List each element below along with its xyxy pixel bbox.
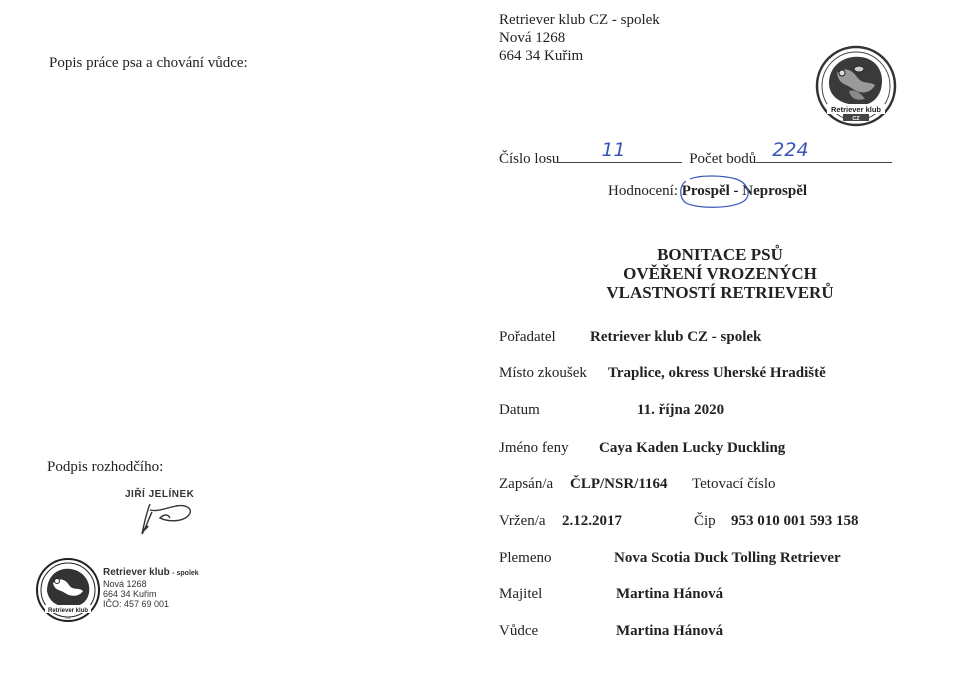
title-line-2: OVĚŘENÍ VROZENÝCH xyxy=(560,264,880,283)
judge-signature xyxy=(138,500,198,541)
stamp-club-name: Retriever klub xyxy=(103,567,170,578)
work-description-heading: Popis práce psa a chování vůdce: xyxy=(49,55,248,72)
points-label: Počet bodů xyxy=(689,151,756,167)
document-title: BONITACE PSŮ OVĚŘENÍ VROZENÝCH VLASTNOST… xyxy=(560,245,880,302)
breed-label: Plemeno xyxy=(499,550,552,567)
points-value: 224 xyxy=(772,139,808,161)
selection-circle-icon xyxy=(676,175,754,209)
stamp-ico: IČO: 457 69 001 xyxy=(103,599,199,609)
lot-and-points-row: Číslo losu11 Počet bodů224 xyxy=(499,145,892,168)
owner-value: Martina Hánová xyxy=(616,586,723,603)
dog-name-label: Jméno feny xyxy=(499,440,569,457)
born-value: 2.12.2017 xyxy=(562,513,622,530)
tattoo-label: Tetovací číslo xyxy=(692,476,776,493)
title-line-1: BONITACE PSŮ xyxy=(560,245,880,264)
lot-number-field[interactable]: 11 xyxy=(559,145,682,163)
date-label: Datum xyxy=(499,402,540,419)
points-field[interactable]: 224 xyxy=(756,145,892,163)
breed-value: Nova Scotia Duck Tolling Retriever xyxy=(614,550,841,567)
date-value: 11. října 2020 xyxy=(637,402,724,419)
svg-text:CZ: CZ xyxy=(65,615,71,620)
judge-signature-label: Podpis rozhodčího: xyxy=(47,459,163,476)
club-stamp-logo: Retriever klub CZ xyxy=(35,557,101,628)
organizer-value: Retriever klub CZ - spolek xyxy=(590,329,761,346)
registered-label: Zapsán/a xyxy=(499,476,553,493)
lot-number-label: Číslo losu xyxy=(499,151,559,167)
registered-value: ČLP/NSR/1164 xyxy=(570,476,668,493)
handler-value: Martina Hánová xyxy=(616,623,723,640)
owner-label: Majitel xyxy=(499,586,542,603)
evaluation-row: Hodnocení: Prospěl - Neprospěl xyxy=(608,183,807,200)
svg-text:Retriever klub: Retriever klub xyxy=(831,105,881,114)
dog-name-value: Caya Kaden Lucky Duckling xyxy=(599,440,785,457)
club-address: Retriever klub CZ - spolek Nová 1268 664… xyxy=(499,11,660,65)
venue-value: Traplice, okress Uherské Hradiště xyxy=(608,365,826,382)
stamp-club-suffix: - spolek xyxy=(172,570,198,577)
evaluation-label: Hodnocení: xyxy=(608,183,678,199)
club-street: Nová 1268 xyxy=(499,29,660,47)
organizer-label: Pořadatel xyxy=(499,329,556,346)
handler-label: Vůdce xyxy=(499,623,538,640)
club-name: Retriever klub CZ - spolek xyxy=(499,11,660,29)
chip-label: Čip xyxy=(694,513,716,530)
stamp-street: Nová 1268 xyxy=(103,579,199,589)
stamp-city: 664 34 Kuřim xyxy=(103,589,199,599)
judge-name-stamp: JIŘÍ JELÍNEK xyxy=(125,489,194,500)
chip-value: 953 010 001 593 158 xyxy=(731,513,859,530)
retriever-club-logo: Retriever klub CZ xyxy=(815,45,897,132)
born-label: Vržen/a xyxy=(499,513,546,530)
svg-text:CZ: CZ xyxy=(852,116,860,122)
title-line-3: VLASTNOSTÍ RETRIEVERŮ xyxy=(560,283,880,302)
venue-label: Místo zkoušek xyxy=(499,365,587,382)
svg-text:Retriever klub: Retriever klub xyxy=(48,608,88,614)
club-city: 664 34 Kuřim xyxy=(499,47,660,65)
lot-number-value: 11 xyxy=(601,139,625,161)
evaluation-pass-option[interactable]: Prospěl xyxy=(682,183,730,200)
club-stamp-text: Retriever klub - spolek Nová 1268 664 34… xyxy=(103,567,199,609)
